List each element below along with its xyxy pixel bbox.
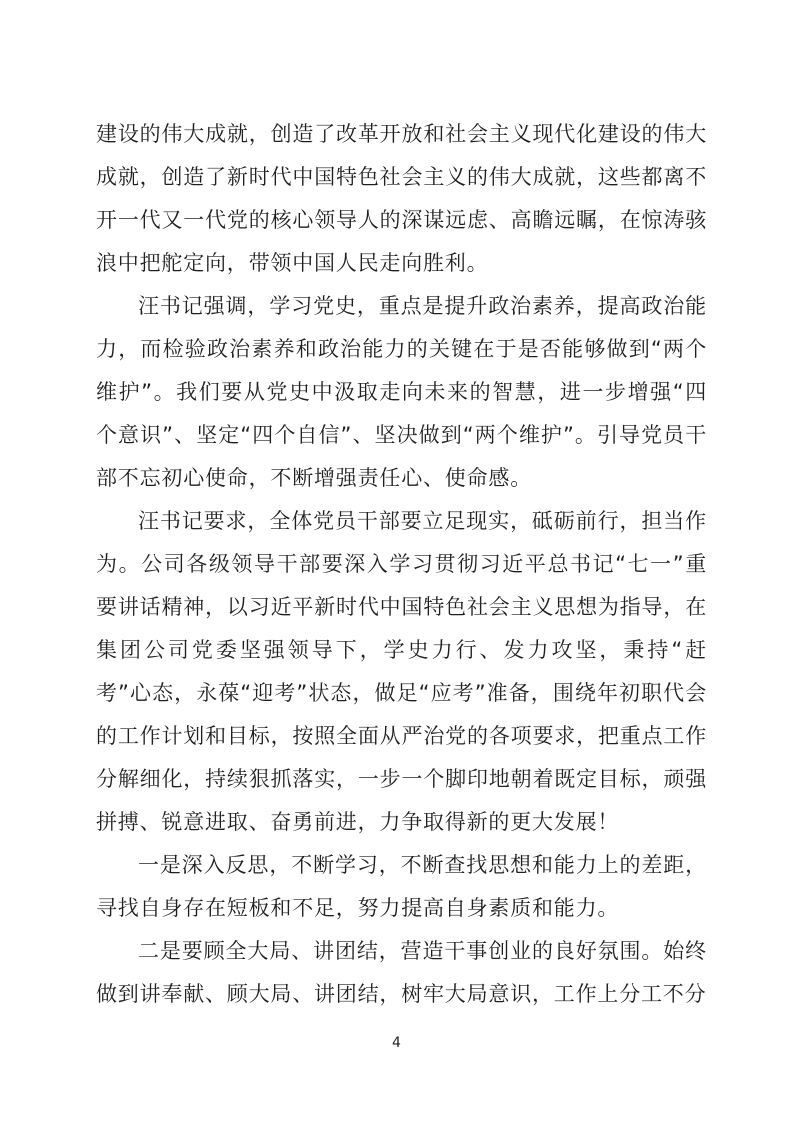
- document-page: 建设的伟大成就，创造了改革开放和社会主义现代化建设的伟大成就，创造了新时代中国特…: [0, 0, 793, 1122]
- paragraph: 汪书记要求，全体党员干部要立足现实，砥砺前行，担当作为。公司各级领导干部要深入学…: [96, 500, 707, 844]
- paragraph: 二是要顾全大局、讲团结，营造干事创业的良好氛围。始终做到讲奉献、顾大局、讲团结，…: [96, 930, 707, 1016]
- document-body: 建设的伟大成就，创造了改革开放和社会主义现代化建设的伟大成就，创造了新时代中国特…: [96, 113, 707, 1016]
- paragraph: 一是深入反思，不断学习，不断查找思想和能力上的差距，寻找自身存在短板和不足，努力…: [96, 844, 707, 930]
- paragraph: 建设的伟大成就，创造了改革开放和社会主义现代化建设的伟大成就，创造了新时代中国特…: [96, 113, 707, 285]
- page-number: 4: [392, 1035, 401, 1051]
- page-footer: 4: [0, 1033, 793, 1053]
- paragraph: 汪书记强调，学习党史，重点是提升政治素养，提高政治能力，而检验政治素养和政治能力…: [96, 285, 707, 500]
